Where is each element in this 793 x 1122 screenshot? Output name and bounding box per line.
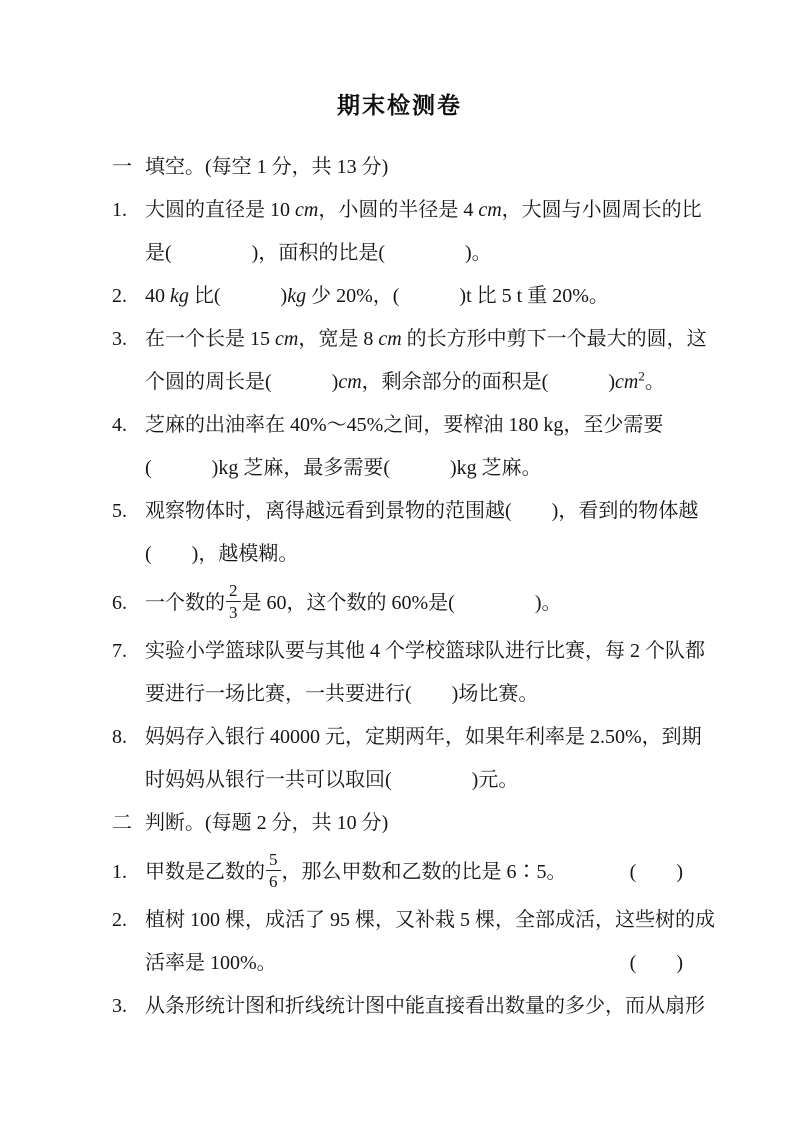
text-segment: ，大圆与小圆周长的比 bbox=[502, 199, 702, 221]
text-segment: 个圆的周长是( ) bbox=[145, 371, 338, 393]
text-segment: cm bbox=[275, 328, 298, 350]
text-segment: cm bbox=[478, 199, 501, 221]
question-line: 7.实验小学篮球队要与其他 4 个学校篮球队进行比赛，每 2 个队都 bbox=[112, 630, 687, 673]
text-segment: 植树 100 棵，成活了 95 棵，又补栽 5 棵，全部成活，这些树的成 bbox=[145, 909, 715, 931]
text-segment: 要进行一场比赛，一共要进行( )场比赛。 bbox=[145, 683, 538, 705]
text-segment: 。 bbox=[645, 371, 665, 393]
question-line: 3.从条形统计图和折线统计图中能直接看出数量的多少，而从扇形 bbox=[112, 985, 687, 1028]
question: 5.观察物体时，离得越远看到景物的范围越( )，看到的物体越( )，越模糊。 bbox=[112, 490, 687, 576]
fraction: 23 bbox=[226, 582, 241, 621]
question: 4.芝麻的出油率在 40%～45%之间，要榨油 180 kg，至少需要( )kg… bbox=[112, 404, 687, 490]
section-header: 二判断。(每题 2 分，共 10 分) bbox=[112, 802, 687, 845]
question: 3.从条形统计图和折线统计图中能直接看出数量的多少，而从扇形 bbox=[112, 985, 687, 1028]
question: 2.植树 100 棵，成活了 95 棵，又补栽 5 棵，全部成活，这些树的成活率… bbox=[112, 899, 687, 985]
question-number: 5. bbox=[112, 490, 145, 533]
text-segment: 甲数是乙数的 bbox=[145, 861, 265, 883]
question-number: 6. bbox=[112, 576, 145, 630]
question-number: 1. bbox=[112, 845, 145, 899]
text-segment: 从条形统计图和折线统计图中能直接看出数量的多少，而从扇形 bbox=[145, 995, 705, 1017]
question-number: 4. bbox=[112, 404, 145, 447]
question-line: 5.观察物体时，离得越远看到景物的范围越( )，看到的物体越 bbox=[112, 490, 687, 533]
question-line: 时妈妈从银行一共可以取回( )元。 bbox=[112, 759, 687, 802]
fraction-numerator: 5 bbox=[266, 851, 281, 870]
text-segment: 是( )，面积的比是( )。 bbox=[145, 242, 492, 264]
section-number: 二 bbox=[112, 802, 145, 845]
question-line: 1.甲数是乙数的56，那么甲数和乙数的比是 6∶5。( ) bbox=[112, 845, 687, 899]
question-number: 2. bbox=[112, 275, 145, 318]
text-segment: cm bbox=[338, 371, 361, 393]
question-line: 2.植树 100 棵，成活了 95 棵，又补栽 5 棵，全部成活，这些树的成 bbox=[112, 899, 687, 942]
text-segment: cm bbox=[295, 199, 318, 221]
text-segment: 观察物体时，离得越远看到景物的范围越( )，看到的物体越 bbox=[145, 500, 698, 522]
section-header: 一填空。(每空 1 分，共 13 分) bbox=[112, 146, 687, 189]
question-line: 6.一个数的23是 60，这个数的 60%是( )。 bbox=[112, 576, 687, 630]
question-line: 1.大圆的直径是 10 cm，小圆的半径是 4 cm，大圆与小圆周长的比 bbox=[112, 189, 687, 232]
question-line: 活率是 100%。( ) bbox=[112, 942, 687, 985]
question-number: 2. bbox=[112, 899, 145, 942]
question: 1.甲数是乙数的56，那么甲数和乙数的比是 6∶5。( ) bbox=[112, 845, 687, 899]
fraction-denominator: 3 bbox=[226, 601, 241, 621]
text-segment: 在一个长是 15 bbox=[145, 328, 275, 350]
question-line: 4.芝麻的出油率在 40%～45%之间，要榨油 180 kg，至少需要 bbox=[112, 404, 687, 447]
text-segment: 少 20%，( )t 比 5 t 重 20%。 bbox=[306, 285, 609, 307]
text-segment: 实验小学篮球队要与其他 4 个学校篮球队进行比赛，每 2 个队都 bbox=[145, 640, 705, 662]
text-segment: 是 60，这个数的 60%是( )。 bbox=[242, 592, 562, 614]
question-number: 8. bbox=[112, 716, 145, 759]
text-segment: ，那么甲数和乙数的比是 6∶5。 bbox=[282, 861, 567, 883]
question: 6.一个数的23是 60，这个数的 60%是( )。 bbox=[112, 576, 687, 630]
text-segment: 妈妈存入银行 40000 元，定期两年，如果年利率是 2.50%，到期 bbox=[145, 726, 702, 748]
text-segment: 大圆的直径是 10 bbox=[145, 199, 295, 221]
question-number: 7. bbox=[112, 630, 145, 673]
page-title: 期末检测卷 bbox=[112, 90, 687, 120]
text-segment: ( )，越模糊。 bbox=[145, 543, 298, 565]
judge-answer-blank: ( ) bbox=[630, 942, 683, 985]
text-segment: cm bbox=[615, 371, 638, 393]
text-segment: 芝麻的出油率在 40%～45%之间，要榨油 180 kg，至少需要 bbox=[145, 414, 663, 436]
question-line: 3.在一个长是 15 cm，宽是 8 cm 的长方形中剪下一个最大的圆，这 bbox=[112, 318, 687, 361]
text-segment: 比( ) bbox=[189, 285, 287, 307]
question-line: 8.妈妈存入银行 40000 元，定期两年，如果年利率是 2.50%，到期 bbox=[112, 716, 687, 759]
question-line: ( )，越模糊。 bbox=[112, 533, 687, 576]
exam-content: 一填空。(每空 1 分，共 13 分)1.大圆的直径是 10 cm，小圆的半径是… bbox=[112, 146, 687, 1028]
fraction-denominator: 6 bbox=[266, 870, 281, 890]
text-segment: 活率是 100%。 bbox=[145, 952, 277, 974]
question-line: 2.40 kg 比( )kg 少 20%，( )t 比 5 t 重 20%。 bbox=[112, 275, 687, 318]
question-number: 3. bbox=[112, 318, 145, 361]
question: 3.在一个长是 15 cm，宽是 8 cm 的长方形中剪下一个最大的圆，这个圆的… bbox=[112, 318, 687, 404]
question-line: 是( )，面积的比是( )。 bbox=[112, 232, 687, 275]
question-line: 要进行一场比赛，一共要进行( )场比赛。 bbox=[112, 673, 687, 716]
question: 2.40 kg 比( )kg 少 20%，( )t 比 5 t 重 20%。 bbox=[112, 275, 687, 318]
judge-answer-blank: ( ) bbox=[630, 845, 683, 899]
question-number: 3. bbox=[112, 985, 145, 1028]
section-header-text: 判断。(每题 2 分，共 10 分) bbox=[145, 812, 388, 834]
section-number: 一 bbox=[112, 146, 145, 189]
question-line: ( )kg 芝麻，最多需要( )kg 芝麻。 bbox=[112, 447, 687, 490]
text-segment: 一个数的 bbox=[145, 592, 225, 614]
text-segment: 40 bbox=[145, 285, 170, 307]
text-segment: ，小圆的半径是 4 bbox=[318, 199, 478, 221]
text-segment: 时妈妈从银行一共可以取回( )元。 bbox=[145, 769, 518, 791]
question-number: 1. bbox=[112, 189, 145, 232]
text-segment: ，剩余部分的面积是( ) bbox=[362, 371, 615, 393]
text-segment: kg bbox=[170, 285, 189, 307]
text-segment: ( )kg 芝麻，最多需要( )kg 芝麻。 bbox=[145, 457, 542, 479]
fraction-numerator: 2 bbox=[226, 582, 241, 601]
text-segment: ，宽是 8 bbox=[298, 328, 378, 350]
text-segment: kg bbox=[287, 285, 306, 307]
text-segment: cm bbox=[378, 328, 401, 350]
text-segment: 的长方形中剪下一个最大的圆，这 bbox=[402, 328, 707, 350]
question-line: 个圆的周长是( )cm，剩余部分的面积是( )cm2。 bbox=[112, 361, 687, 404]
exam-page: 期末检测卷 一填空。(每空 1 分，共 13 分)1.大圆的直径是 10 cm，… bbox=[0, 0, 793, 1122]
question: 1.大圆的直径是 10 cm，小圆的半径是 4 cm，大圆与小圆周长的比是( )… bbox=[112, 189, 687, 275]
question: 8.妈妈存入银行 40000 元，定期两年，如果年利率是 2.50%，到期时妈妈… bbox=[112, 716, 687, 802]
fraction: 56 bbox=[266, 851, 281, 890]
section-header-text: 填空。(每空 1 分，共 13 分) bbox=[145, 156, 388, 178]
question: 7.实验小学篮球队要与其他 4 个学校篮球队进行比赛，每 2 个队都要进行一场比… bbox=[112, 630, 687, 716]
